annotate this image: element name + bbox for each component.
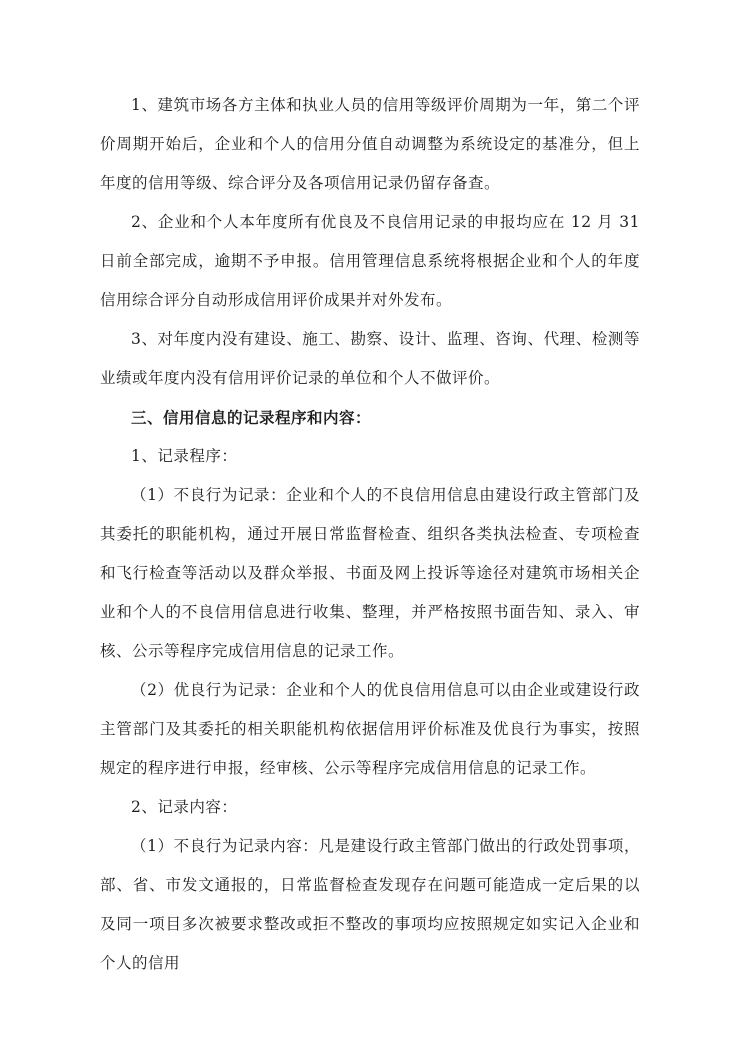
- paragraph: 1、记录程序：: [100, 437, 640, 476]
- paragraph: （2）优良行为记录：企业和个人的优良信用信息可以由企业或建设行政主管部门及其委托…: [100, 671, 640, 788]
- paragraph: 2、企业和个人本年度所有优良及不良信用记录的申报均应在 12 月 31 日前全部…: [100, 203, 640, 320]
- document-page: 1、建筑市场各方主体和执业人员的信用等级评价周期为一年，第二个评价周期开始后，企…: [0, 0, 744, 1052]
- paragraph: （1）不良行为记录内容：凡是建设行政主管部门做出的行政处罚事项，部、省、市发文通…: [100, 827, 640, 983]
- paragraph: 3、对年度内没有建设、施工、勘察、设计、监理、咨询、代理、检测等业绩或年度内没有…: [100, 320, 640, 398]
- paragraph: 2、记录内容：: [100, 788, 640, 827]
- paragraph: 1、建筑市场各方主体和执业人员的信用等级评价周期为一年，第二个评价周期开始后，企…: [100, 86, 640, 203]
- paragraph: （1）不良行为记录：企业和个人的不良信用信息由建设行政主管部门及其委托的职能机构…: [100, 476, 640, 671]
- document-content: 1、建筑市场各方主体和执业人员的信用等级评价周期为一年，第二个评价周期开始后，企…: [100, 86, 640, 983]
- section-heading: 三、信用信息的记录程序和内容：: [100, 398, 640, 437]
